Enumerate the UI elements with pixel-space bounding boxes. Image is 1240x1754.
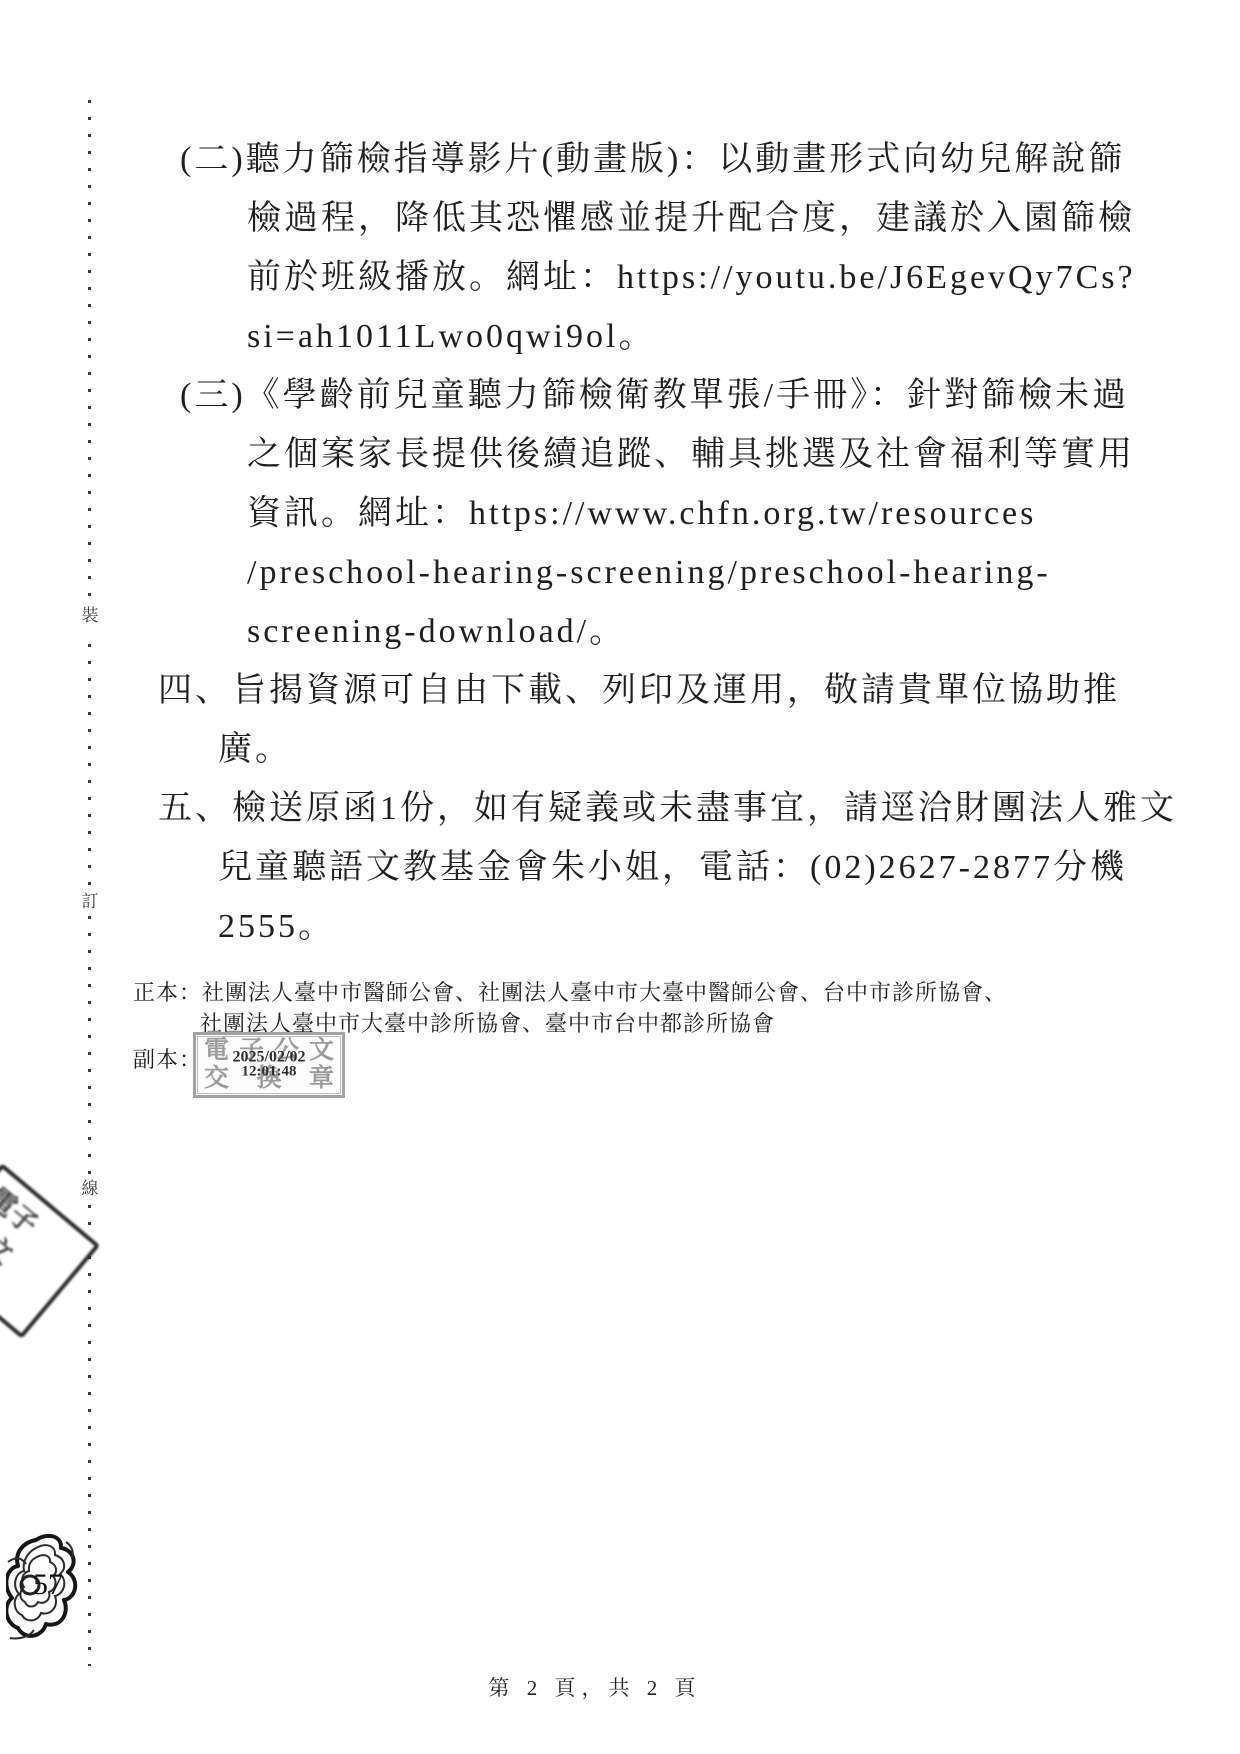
exchange-stamp-date: 2025/02/02 bbox=[233, 1050, 306, 1064]
body-line: 之個案家長提供後續追蹤、輔具挑選及社會福利等實用 bbox=[0, 425, 1160, 484]
document-body: (二)聽力篩檢指導影片(動畫版)：以動畫形式向幼兒解說篩 檢過程，降低其恐懼感並… bbox=[0, 130, 1160, 956]
stamp-char: 電 bbox=[204, 1038, 229, 1064]
body-line-url: si=ah1011Lwo0qwi9ol。 bbox=[0, 307, 1160, 366]
body-line: (二)聽力篩檢指導影片(動畫版)：以動畫形式向幼兒解說篩 bbox=[0, 130, 1160, 189]
fold-mark-number: 57 bbox=[33, 1568, 63, 1601]
page-number-footer: 第 2 頁，共 2 頁 bbox=[0, 1672, 1215, 1702]
binding-mark-xian: 線 bbox=[80, 1175, 100, 1203]
body-line-url: 前於班級播放。網址：https://youtu.be/J6EgevQy7Cs? bbox=[0, 248, 1160, 307]
stamp-char: 章 bbox=[309, 1066, 334, 1092]
original-label: 正本： bbox=[133, 977, 202, 1008]
original-recipients-line1: 正本：社團法人臺中市醫師公會、社團法人臺中市大臺中醫師公會、台中市診所協會、 bbox=[133, 977, 1133, 1008]
exchange-stamp-datetime: 2025/02/02 12:01:48 bbox=[233, 1050, 306, 1078]
body-line: 2555。 bbox=[0, 897, 1160, 956]
body-line-url: /preschool-hearing-screening/preschool-h… bbox=[0, 543, 1160, 602]
copy-label: 副本： bbox=[133, 1044, 202, 1075]
body-line: 廣。 bbox=[0, 720, 1160, 779]
body-line-url: 資訊。網址：https://www.chfn.org.tw/resources bbox=[0, 484, 1160, 543]
body-line-url: screening-download/。 bbox=[0, 602, 1160, 661]
exchange-stamp-time: 12:01:48 bbox=[233, 1064, 306, 1078]
original-recipients-text: 社團法人臺中市醫師公會、社團法人臺中市大臺中醫師公會、台中市診所協會、 bbox=[202, 980, 1007, 1005]
body-line: 四、旨揭資源可自由下載、列印及運用，敬請貴單位協助推 bbox=[0, 661, 1160, 720]
body-line: (三)《學齡前兒童聽力篩檢衛教單張/手冊》：針對篩檢未過 bbox=[0, 366, 1160, 425]
body-line: 五、檢送原函1份，如有疑義或未盡事宜，請逕洽財團法人雅文 bbox=[0, 779, 1160, 838]
fold-mark-blob: 57 bbox=[6, 1528, 88, 1652]
stamp-char: 交 bbox=[204, 1066, 229, 1092]
stamp-char: 文 bbox=[309, 1038, 334, 1064]
body-line: 檢過程，降低其恐懼感並提升配合度，建議於入園篩檢 bbox=[0, 189, 1160, 248]
body-line: 兒童聽語文教基金會朱小姐，電話：(02)2627-2877分機 bbox=[0, 838, 1160, 897]
electronic-exchange-stamp: 電 子 公 文 交 換 章 2025/02/02 12:01:48 bbox=[193, 1032, 345, 1098]
document-page: 裝 訂 線 (二)聽力篩檢指導影片(動畫版)：以動畫形式向幼兒解說篩 檢過程，降… bbox=[0, 0, 1240, 1754]
